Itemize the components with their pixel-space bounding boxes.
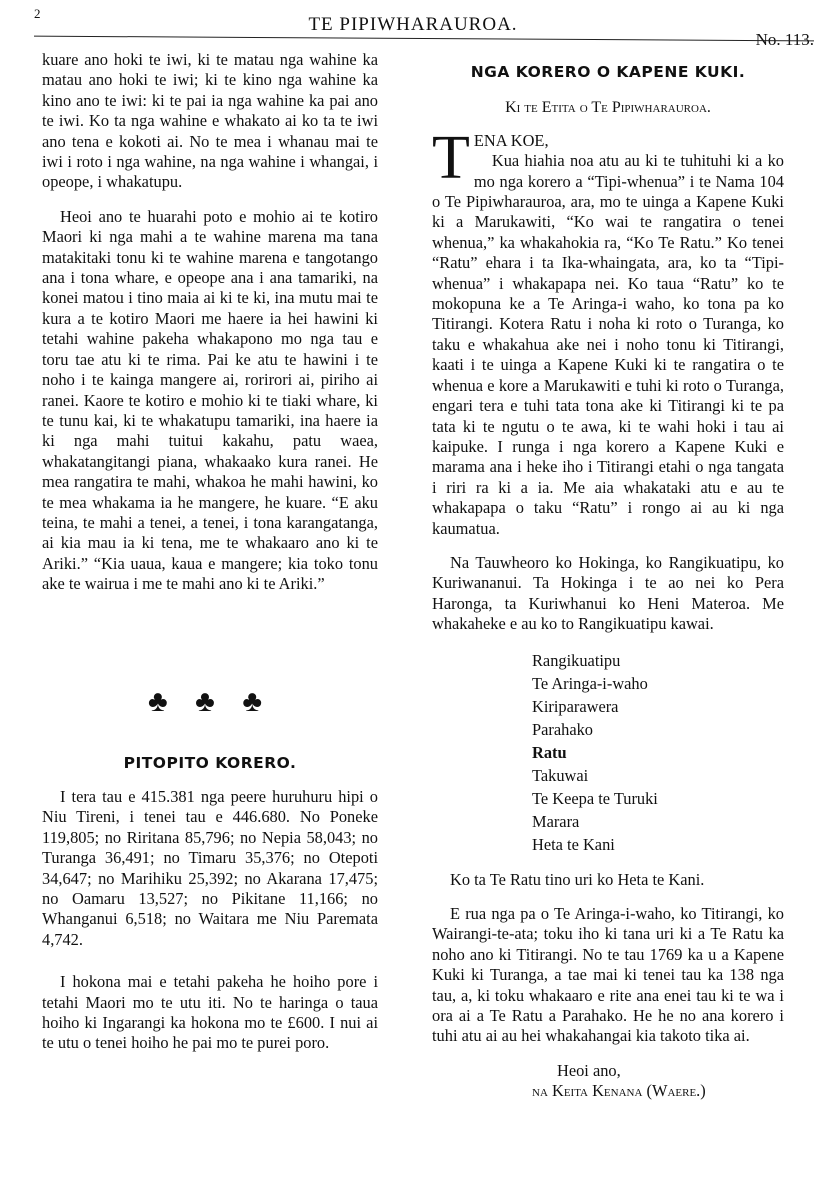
genealogy-entry: Takuwai bbox=[532, 764, 784, 787]
section-heading-pitopito-korero: PITOPITO KORERO. bbox=[42, 753, 378, 773]
news-item-wool-statistics: I tera tau e 415.381 nga peere huruhuru … bbox=[42, 787, 378, 950]
genealogy-entry: Kiriparawera bbox=[532, 695, 784, 718]
letter-address-line: Ki te Etita o Te Pipiwharauroa. bbox=[432, 98, 784, 118]
letter-closing: Heoi ano, bbox=[432, 1061, 784, 1081]
genealogy-entry: Marara bbox=[532, 810, 784, 833]
letter-signature: na Keita Kenana (Waere.) bbox=[432, 1081, 784, 1101]
article-continuation-paragraph: kuare ano hoki te iwi, ki te matau nga w… bbox=[42, 50, 378, 193]
genealogy-entry: Rangikuatipu bbox=[532, 649, 784, 672]
right-column: NGA KORERO O KAPENE KUKI. Ki te Etita o … bbox=[432, 50, 784, 1102]
shamrock-ornament-icon: ♣ ♣ ♣ bbox=[42, 687, 378, 717]
header-rule bbox=[34, 36, 814, 42]
genealogy-entry: Parahako bbox=[532, 718, 784, 741]
letter-paragraph: Kua hiahia noa atu au ki te tuhituhi ki … bbox=[432, 151, 784, 539]
genealogy-entry: Heta te Kani bbox=[532, 833, 784, 856]
drop-cap-letter: T bbox=[432, 135, 470, 181]
genealogy-list: Rangikuatipu Te Aringa-i-waho Kiriparawe… bbox=[432, 649, 784, 856]
genealogy-entry: Te Keepa te Turuki bbox=[532, 787, 784, 810]
letter-salutation: ENA KOE, bbox=[432, 131, 784, 151]
news-item-horse-sale: I hokona mai e tetahi pakeha he hoiho po… bbox=[42, 972, 378, 1054]
masthead-title: TE PIPIWHARAUROA. bbox=[0, 14, 826, 36]
left-column: kuare ano hoki te iwi, ki te matau nga w… bbox=[42, 50, 378, 1054]
letter-paragraph: Na Tauwheoro ko Hokinga, ko Rangikuatipu… bbox=[432, 553, 784, 635]
article-paragraph: Heoi ano te huarahi poto e mohio ai te k… bbox=[42, 207, 378, 595]
letter-paragraph: Ko ta Te Ratu tino uri ko Heta te Kani. bbox=[432, 870, 784, 890]
genealogy-entry-highlighted: Ratu bbox=[532, 741, 784, 764]
letter-paragraph: E rua nga pa o Te Aringa-i-waho, ko Titi… bbox=[432, 904, 784, 1047]
article-heading-kapene-kuki: NGA KORERO O KAPENE KUKI. bbox=[432, 62, 784, 82]
genealogy-entry: Te Aringa-i-waho bbox=[532, 672, 784, 695]
